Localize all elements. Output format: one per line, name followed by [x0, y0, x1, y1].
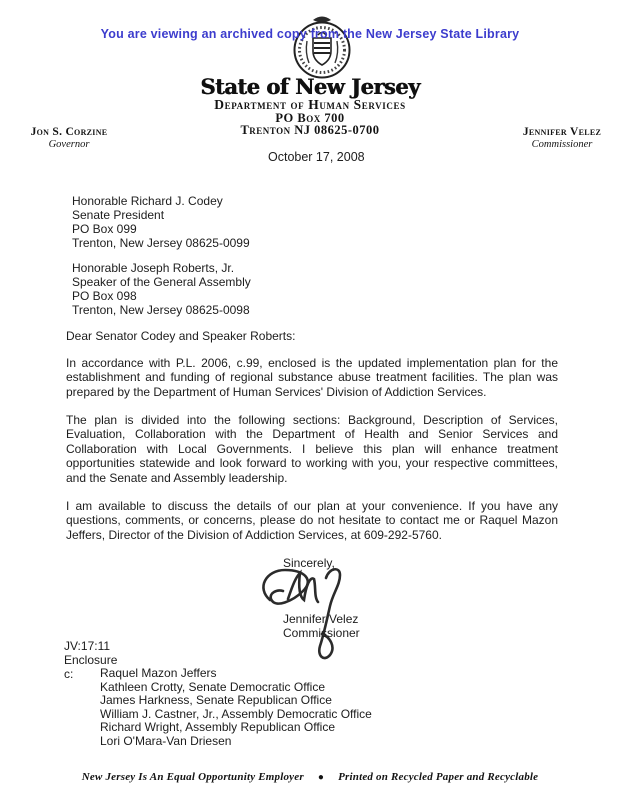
cc-name: William J. Castner, Jr., Assembly Democr…	[100, 708, 372, 722]
governor-block: Jon S. Corzine Governor	[14, 126, 124, 150]
recipient-address-codey: Honorable Richard J. Codey Senate Presid…	[72, 194, 250, 250]
commissioner-block: Jennifer Velez Commissioner	[512, 126, 612, 150]
reference-initials: JV:17:11	[64, 639, 110, 653]
cc-name: Raquel Mazon Jeffers	[100, 667, 372, 681]
body-paragraph-1: In accordance with P.L. 2006, c.99, encl…	[66, 356, 558, 399]
footer-bullet-icon: ●	[304, 772, 338, 783]
cc-list: c: Raquel Mazon Jeffers Kathleen Crotty,…	[64, 667, 372, 749]
letter-page: You are viewing an archived copy from th…	[0, 0, 620, 800]
commissioner-title: Commissioner	[512, 139, 612, 150]
signer-name: Jennifer Velez	[283, 612, 358, 626]
cc-name: Kathleen Crotty, Senate Democratic Offic…	[100, 681, 372, 695]
new-jersey-state-seal-icon	[292, 13, 352, 79]
recipient-line: Trenton, New Jersey 08625-0099	[72, 236, 250, 250]
body-paragraph-2: The plan is divided into the following s…	[66, 413, 558, 485]
signer-title: Commissioner	[283, 626, 360, 640]
recipient-line: Honorable Joseph Roberts, Jr.	[72, 261, 251, 275]
governor-name: Jon S. Corzine	[14, 126, 124, 138]
cc-names: Raquel Mazon Jeffers Kathleen Crotty, Se…	[100, 667, 372, 749]
recipient-address-roberts: Honorable Joseph Roberts, Jr. Speaker of…	[72, 261, 251, 317]
cc-label: c:	[64, 667, 100, 749]
enclosure-notation: Enclosure	[64, 653, 117, 667]
cc-name: James Harkness, Senate Republican Office	[100, 694, 372, 708]
footer-right-text: Printed on Recycled Paper and Recyclable	[338, 771, 538, 783]
recipient-line: Trenton, New Jersey 08625-0098	[72, 303, 251, 317]
footer-left-text: New Jersey Is An Equal Opportunity Emplo…	[82, 771, 304, 783]
recipient-line: PO Box 098	[72, 289, 251, 303]
governor-title: Governor	[14, 139, 124, 150]
recipient-line: Speaker of the General Assembly	[72, 275, 251, 289]
page-footer: New Jersey Is An Equal Opportunity Emplo…	[0, 771, 620, 783]
recipient-line: Senate President	[72, 208, 250, 222]
cc-name: Richard Wright, Assembly Republican Offi…	[100, 721, 372, 735]
letter-date: October 17, 2008	[268, 150, 365, 164]
commissioner-name: Jennifer Velez	[512, 126, 612, 138]
cc-name: Lori O'Mara-Van Driesen	[100, 735, 372, 749]
salutation: Dear Senator Codey and Speaker Roberts:	[66, 329, 295, 343]
body-paragraph-3: I am available to discuss the details of…	[66, 499, 558, 542]
recipient-line: PO Box 099	[72, 222, 250, 236]
archive-banner-text: You are viewing an archived copy from th…	[0, 27, 620, 41]
recipient-line: Honorable Richard J. Codey	[72, 194, 250, 208]
